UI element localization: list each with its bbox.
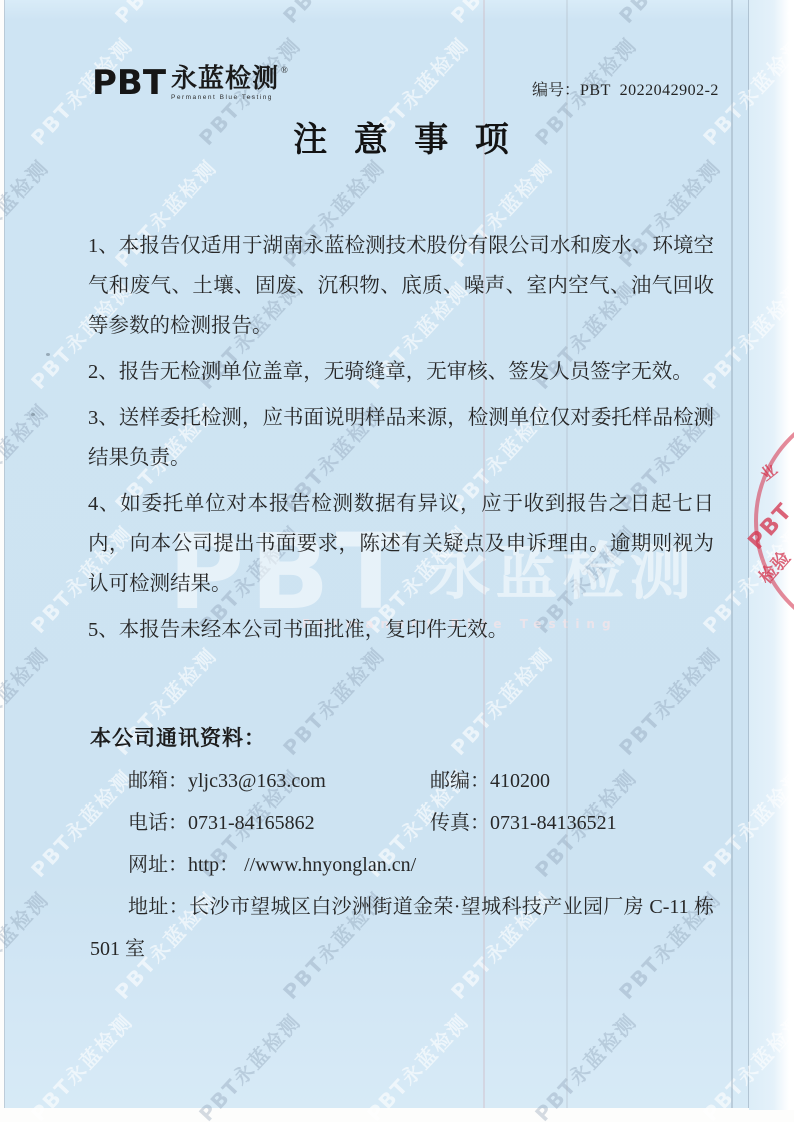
notice-item-2: 2、报告无检测单位盖章，无骑缝章，无审核、签发人员签字无效。 (88, 352, 714, 392)
logo-cn-block: 永蓝检测 Permanent Blue Testing (171, 66, 279, 101)
email-field: 邮箱：yljc33@163.com (128, 760, 430, 802)
company-logo: PBT 永蓝检测 Permanent Blue Testing ® (92, 66, 288, 101)
contact-row-phone-fax: 电话：0731-84165862 传真：0731-84136521 (128, 802, 728, 844)
contact-row-website: 网址：http： //www.hnyonglan.cn/ (128, 844, 728, 886)
address-label: 地址： (128, 896, 189, 918)
fax-value: 0731-84136521 (490, 812, 617, 834)
registered-trademark-icon: ® (281, 66, 288, 75)
logo-tagline: Permanent Blue Testing (171, 94, 279, 101)
notice-item-1: 1、本报告仅适用于湖南永蓝检测技术股份有限公司水和废水、环境空气和废气、土壤、固… (88, 226, 714, 346)
fax-field: 传真：0731-84136521 (430, 802, 617, 844)
notice-item-4: 4、如委托单位对本报告检测数据有异议，应于收到报告之日起七日内，向本公司提出书面… (88, 484, 714, 604)
notice-item-3: 3、送样委托检测，应书面说明样品来源，检测单位仅对委托样品检测结果负责。 (88, 398, 714, 478)
document-number-label: 编号： (532, 82, 580, 99)
document-number-value: PBT 2022042902-2 (580, 82, 719, 99)
website-value: http： //www.hnyonglan.cn/ (188, 854, 416, 876)
postcode-value: 410200 (490, 770, 550, 792)
website-label: 网址： (128, 854, 188, 876)
phone-field: 电话：0731-84165862 (128, 802, 430, 844)
postcode-label: 邮编： (430, 770, 490, 792)
notice-list: 1、本报告仅适用于湖南永蓝检测技术股份有限公司水和废水、环境空气和废气、土壤、固… (88, 226, 714, 656)
email-value: yljc33@163.com (188, 770, 326, 792)
partial-red-seal: 业 PBT 检验 (740, 418, 794, 618)
document-number: 编号：PBT 2022042902-2 (532, 77, 719, 100)
contact-row-address: 地址：长沙市望城区白沙洲街道金荣·望城科技产业园厂房 C-11 栋 501 室 (90, 886, 714, 970)
contact-info: 邮箱：yljc33@163.com 邮编：410200 电话：0731-8416… (128, 760, 728, 970)
postcode-field: 邮编：410200 (430, 760, 550, 802)
website-field: 网址：http： //www.hnyonglan.cn/ (128, 844, 416, 886)
logo-cn-text: 永蓝检测 (171, 66, 279, 93)
phone-value: 0731-84165862 (188, 812, 315, 834)
notice-item-5: 5、本报告未经本公司书面批准，复印件无效。 (88, 610, 714, 650)
contact-heading: 本公司通讯资料： (90, 722, 266, 752)
contact-row-email-postcode: 邮箱：yljc33@163.com 邮编：410200 (128, 760, 728, 802)
fax-label: 传真： (430, 812, 490, 834)
phone-label: 电话： (128, 812, 188, 834)
email-label: 邮箱： (128, 770, 188, 792)
logo-latin-text: PBT (92, 66, 166, 100)
page-title: 注意事项 (88, 112, 714, 161)
